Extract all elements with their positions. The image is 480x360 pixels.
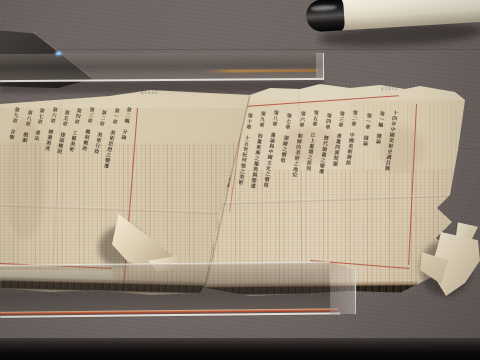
toc-column: 第六章 朝鮮的美術之地位	[290, 111, 305, 178]
toc-column: 第五章 江上畫壇之派別	[304, 109, 318, 171]
museum-display-photo: 01332 第二編 分論第一章 美術思想之變遷第二章 美術行政第三章 雕刻概說第…	[0, 0, 480, 360]
toc-column: 第七章 湖繪之價值	[279, 112, 291, 163]
toc-column: 第四章 工藝美術	[68, 107, 82, 152]
toc-column: 第二章 中國美術溯源	[345, 109, 358, 165]
fabric-seam-line	[0, 49, 480, 51]
toc-column: 第八章 畫論與中國文化之價值	[262, 109, 278, 187]
scroll-body	[331, 0, 480, 31]
case-front-edge	[0, 338, 480, 360]
toc-column: 十四年中國美術史講目錄	[383, 109, 397, 171]
toc-column: 第二編 分論	[120, 106, 132, 140]
toc-column: 第三章 雕刻概說	[80, 106, 94, 151]
toc-column: 第一章 緒論	[361, 112, 371, 146]
scroll-end-cap	[305, 0, 345, 33]
bar-amber-reflection	[200, 69, 318, 73]
acrylic-weight-bar-top	[0, 52, 324, 82]
toc-column: 第三章 書畫同源問題	[331, 111, 344, 167]
toc-column: 第二章 美術行政	[93, 109, 107, 154]
led-glint	[56, 52, 61, 55]
toc-column: 第八章 戲劇	[20, 109, 32, 143]
toc-column: 第四章 歷代繪畫之變遷	[317, 112, 331, 174]
toc-column: 第一編 總論	[374, 111, 384, 145]
bar-end-face	[316, 53, 324, 79]
bar-end-face	[330, 262, 357, 314]
acrylic-weight-bar-bottom	[0, 260, 358, 321]
scroll-cap-highlight	[310, 5, 336, 12]
toc-column: 第七章 書法	[33, 107, 45, 141]
toc-column: 第九章 音樂	[8, 106, 20, 140]
toc-column: 第六章 繪畫源流	[43, 106, 57, 151]
